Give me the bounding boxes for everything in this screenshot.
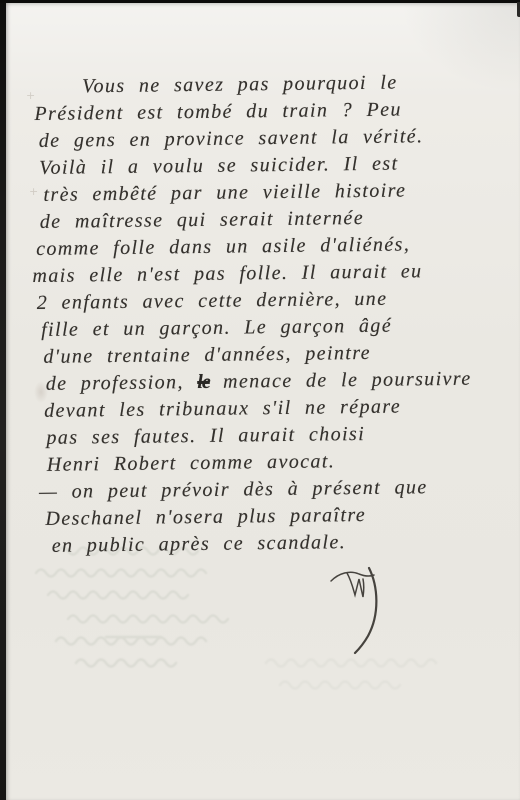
handwritten-line-with-strikethrough: de profession, le menace de le poursuivr… <box>46 365 508 398</box>
photo-edge-top <box>0 0 520 3</box>
line-segment: menace de le poursuivre <box>210 368 472 393</box>
signature-paraph-icon <box>328 564 382 656</box>
handwritten-line: en public après ce scandale. <box>52 527 510 560</box>
letter-body: Vous ne savez pas pourquoi le Président … <box>34 68 510 560</box>
letter-photograph: + + Vous ne savez pas pourquoi le Présid… <box>0 0 520 800</box>
ink-bleedthrough <box>28 541 248 681</box>
ink-bleedthrough-lower <box>256 653 456 697</box>
struck-out-word: le <box>197 371 210 393</box>
line-segment: de profession, <box>46 371 198 395</box>
photo-edge-left <box>0 0 6 800</box>
